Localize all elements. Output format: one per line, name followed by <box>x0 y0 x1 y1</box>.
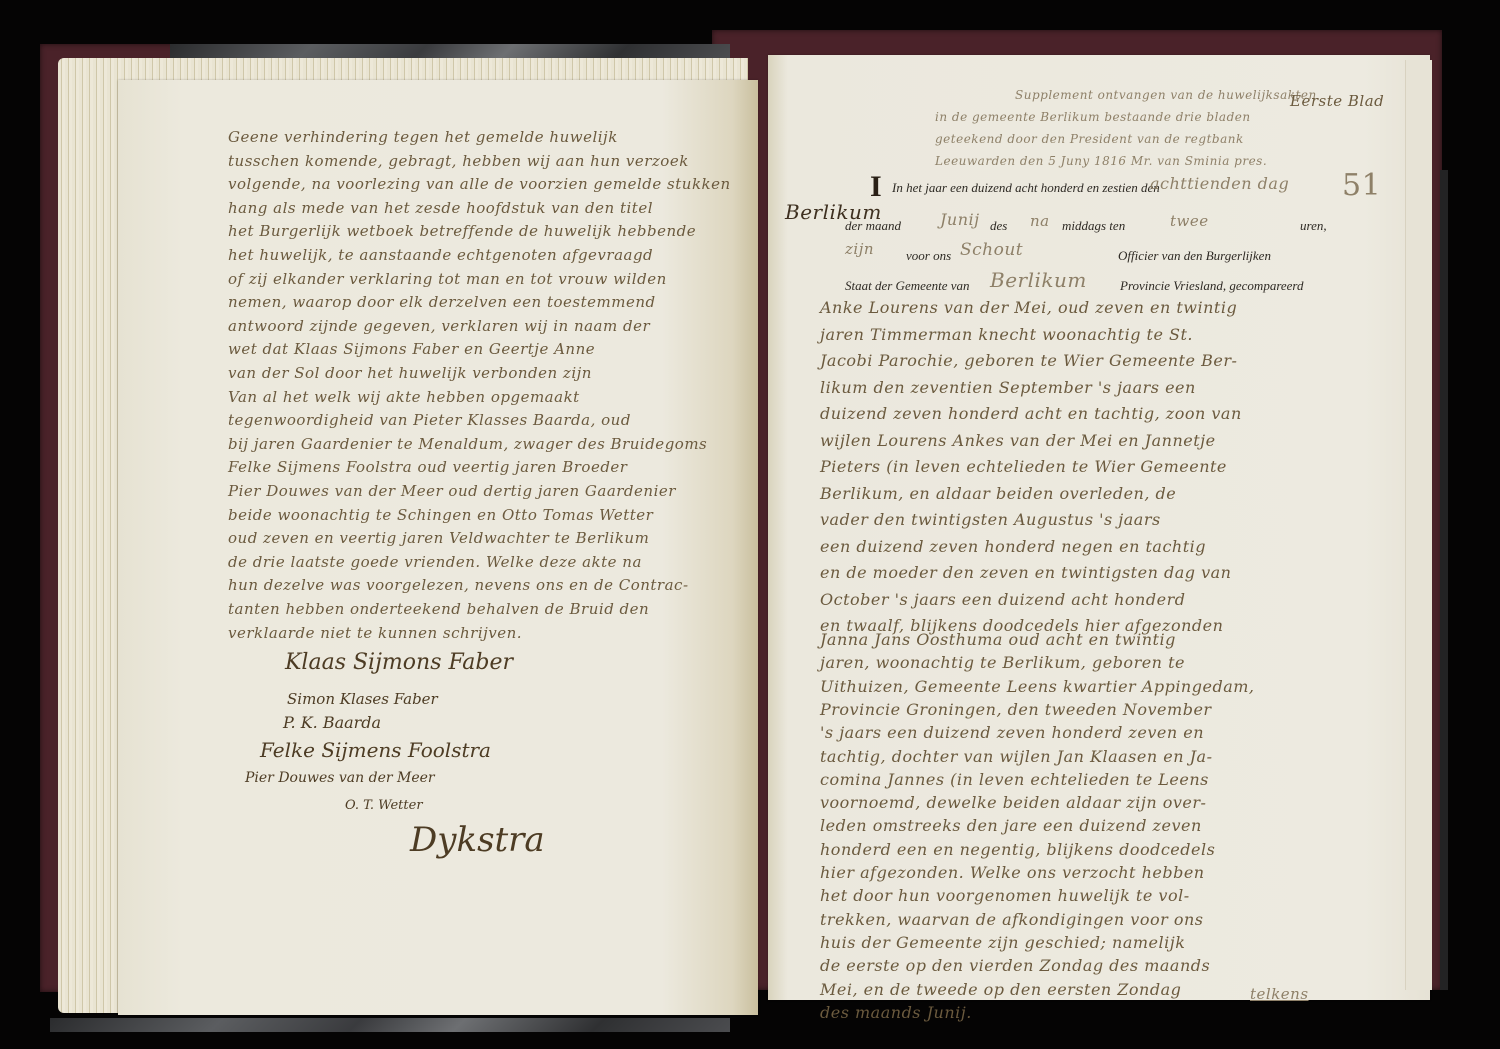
handwritten-line: likum den zeventien September 's jaars e… <box>820 378 1196 397</box>
marbled-endpaper <box>50 1018 730 1032</box>
handwritten-line: jaren, woonachtig te Berlikum, geboren t… <box>820 653 1185 672</box>
handwritten-line: Mei, en de tweede op den eersten Zondag <box>820 980 1181 999</box>
handwritten-line: Pier Douwes van der Meer oud dertig jare… <box>228 482 676 500</box>
handwritten-line: huis der Gemeente zijn geschied; namelij… <box>820 933 1185 952</box>
handwritten-line: Provincie Groningen, den tweeden Novembe… <box>820 700 1212 719</box>
signature: Felke Sijmens Foolstra <box>260 738 491 762</box>
form-field-month: Junij <box>940 210 980 229</box>
handwritten-line: hang als mede van het zesde hoofdstuk va… <box>228 199 653 217</box>
handwritten-line: 's jaars een duizend zeven honderd zeven… <box>820 723 1204 742</box>
form-field-official: Schout <box>960 240 1023 260</box>
handwritten-line: een duizend zeven honderd negen en tacht… <box>820 537 1206 556</box>
signature: Klaas Sijmons Faber <box>285 650 513 675</box>
supplement-note-line: geteekend door den President van de regt… <box>935 132 1244 146</box>
catchword: telkens <box>1250 985 1309 1003</box>
drop-cap-initial: I <box>870 170 882 204</box>
handwritten-line: verklaarde niet te kunnen schrijven. <box>228 624 522 642</box>
form-label: Provincie Vriesland, gecompareerd <box>1120 278 1304 294</box>
handwritten-line: de drie laatste goede vrienden. Welke de… <box>228 553 642 571</box>
handwritten-line: Berlikum, en aldaar beiden overleden, de <box>820 484 1176 503</box>
handwritten-line: volgende, na voorlezing van alle de voor… <box>228 175 731 193</box>
form-label: Staat der Gemeente van <box>845 278 970 294</box>
corner-label: Eerste Blad <box>1290 92 1384 110</box>
form-field-ante-post: na <box>1030 212 1050 230</box>
handwritten-line: honderd een en negentig, blijkens doodce… <box>820 840 1215 859</box>
form-label: des <box>990 218 1007 234</box>
handwritten-line: Van al het welk wij akte hebben opgemaak… <box>228 388 580 406</box>
handwritten-line: beide woonachtig te Schingen en Otto Tom… <box>228 506 653 524</box>
form-label: Officier van den Burgerlijken <box>1118 248 1271 264</box>
form-field: zijn <box>845 240 874 258</box>
handwritten-line: trekken, waarvan de afkondigingen voor o… <box>820 910 1203 929</box>
form-field-hour: twee <box>1170 212 1209 230</box>
handwritten-line: Janna Jans Oosthuma oud acht en twintig <box>820 630 1176 649</box>
handwritten-line: het huwelijk, te aanstaande echtgenoten … <box>228 246 653 264</box>
form-field-day: achttienden dag <box>1150 174 1289 193</box>
handwritten-line: October 's jaars een duizend acht honder… <box>820 590 1185 609</box>
form-label: middags ten <box>1062 218 1125 234</box>
handwritten-line: comina Jannes (in leven echtelieden te L… <box>820 770 1209 789</box>
form-label: der maand <box>845 218 901 234</box>
handwritten-line: tanten hebben onderteekend behalven de B… <box>228 600 649 618</box>
signature: P. K. Baarda <box>283 713 381 732</box>
handwritten-line: duizend zeven honderd acht en tachtig, z… <box>820 404 1242 423</box>
signature: Pier Douwes van der Meer <box>245 770 435 786</box>
handwritten-line: hun dezelve was voorgelezen, nevens ons … <box>228 576 689 594</box>
handwritten-line: wet dat Klaas Sijmons Faber en Geertje A… <box>228 340 595 358</box>
handwritten-line: bij jaren Gaardenier te Menaldum, zwager… <box>228 435 707 453</box>
handwritten-line: tachtig, dochter van wijlen Jan Klaasen … <box>820 747 1212 766</box>
form-label: uren, <box>1300 218 1327 234</box>
form-field-municipality: Berlikum <box>990 268 1087 292</box>
marbled-endpaper <box>170 44 730 58</box>
handwritten-line: Uithuizen, Gemeente Leens kwartier Appin… <box>820 677 1254 696</box>
handwritten-line: Pieters (in leven echtelieden te Wier Ge… <box>820 457 1227 476</box>
form-line-1: In het jaar een duizend acht honderd en … <box>892 180 1160 196</box>
left-page <box>118 80 758 1015</box>
handwritten-line: voornoemd, dewelke beiden aldaar zijn ov… <box>820 793 1206 812</box>
handwritten-line: hier afgezonden. Welke ons verzocht hebb… <box>820 863 1205 882</box>
supplement-note-line: in de gemeente Berlikum bestaande drie b… <box>935 110 1251 124</box>
handwritten-line: Geene verhindering tegen het gemelde huw… <box>228 128 618 146</box>
handwritten-line: Felke Sijmens Foolstra oud veertig jaren… <box>228 458 627 476</box>
handwritten-line: van der Sol door het huwelijk verbonden … <box>228 364 592 382</box>
handwritten-line: nemen, waarop door elk derzelven een toe… <box>228 293 656 311</box>
handwritten-line: wijlen Lourens Ankes van der Mei en Jann… <box>820 431 1216 450</box>
handwritten-line: het Burgerlijk wetboek betreffende de hu… <box>228 222 696 240</box>
inserted-sheet-edge <box>1405 60 1432 990</box>
handwritten-line: leden omstreeks den jare een duizend zev… <box>820 816 1202 835</box>
handwritten-line: oud zeven en veertig jaren Veldwachter t… <box>228 529 649 547</box>
supplement-note-line: Supplement ontvangen van de huwelijksakt… <box>1015 88 1317 102</box>
handwritten-line: Anke Lourens van der Mei, oud zeven en t… <box>820 298 1237 317</box>
handwritten-line: en de moeder den zeven en twintigsten da… <box>820 563 1231 582</box>
handwritten-line: of zij elkander verklaring tot man en to… <box>228 270 667 288</box>
folio-number: 51 <box>1342 168 1381 203</box>
handwritten-line: Jacobi Parochie, geboren te Wier Gemeent… <box>820 351 1237 370</box>
cover-edge <box>1440 170 1448 990</box>
supplement-note-line: Leeuwarden den 5 Juny 1816 Mr. van Smini… <box>935 154 1267 168</box>
signature: Simon Klases Faber <box>287 690 438 708</box>
signature: Dykstra <box>410 820 545 860</box>
handwritten-line: antwoord zijnde gegeven, verklaren wij i… <box>228 317 650 335</box>
handwritten-line: jaren Timmerman knecht woonachtig te St. <box>820 325 1193 344</box>
handwritten-line: de eerste op den vierden Zondag des maan… <box>820 956 1210 975</box>
handwritten-line: het door hun voorgenomen huwelijk te vol… <box>820 886 1190 905</box>
handwritten-line: tusschen komende, gebragt, hebben wij aa… <box>228 152 689 170</box>
signature: O. T. Wetter <box>345 798 423 813</box>
form-label: voor ons <box>906 248 951 264</box>
handwritten-line: vader den twintigsten Augustus 's jaars <box>820 510 1161 529</box>
handwritten-line: tegenwoordigheid van Pieter Klasses Baar… <box>228 411 631 429</box>
handwritten-line: des maands Junij. <box>820 1003 972 1022</box>
